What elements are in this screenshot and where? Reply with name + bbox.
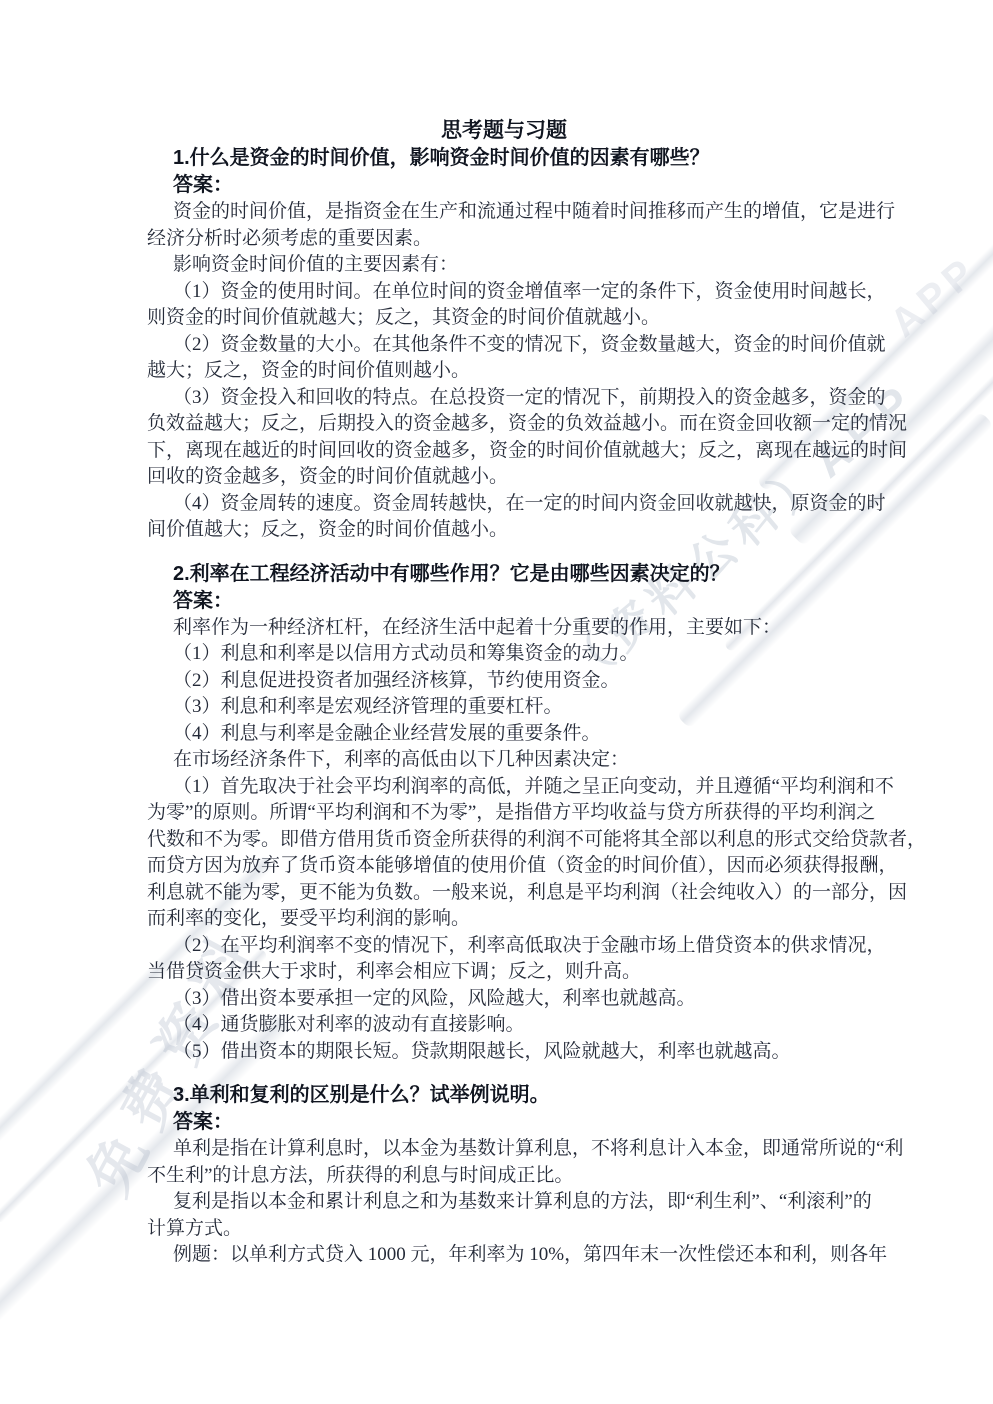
text-line: 单利是指在计算利息时，以本金为基数计算利息，不将利息计入本金，即通常所说的“利	[147, 1136, 861, 1163]
text-line: （1）首先取决于社会平均利润率的高低，并随之呈正向变动，并且遵循“平均利润和不	[147, 774, 861, 801]
text-line: 经济分析时必须考虑的重要因素。	[147, 226, 861, 253]
text-line: 间价值越大；反之，资金的时间价值越小。	[147, 517, 861, 544]
section-gap	[147, 544, 861, 561]
text-line: 回收的资金越多，资金的时间价值就越小。	[147, 464, 861, 491]
document-body: 思考题与习题1.什么是资金的时间价值，影响资金时间价值的因素有哪些？答案：资金的…	[147, 117, 861, 1269]
text-line: （4）利息与利率是金融企业经营发展的重要条件。	[147, 721, 861, 748]
text-line: 利息就不能为零，更不能为负数。一般来说，利息是平均利润（社会纯收入）的一部分，因	[147, 880, 861, 907]
text-line: 越大；反之，资金的时间价值则越小。	[147, 358, 861, 385]
watermark-text-upper-right: APP	[882, 248, 988, 347]
text-line: 影响资金时间价值的主要因素有：	[147, 252, 861, 279]
text-line: （2）在平均利润率不变的情况下，利率高低取决于金融市场上借贷资本的供求情况，	[147, 933, 861, 960]
text-line: （5）借出资本的期限长短。贷款期限越长，风险就越大，利率也就越高。	[147, 1039, 861, 1066]
text-line: （1）利息和利率是以信用方式动员和筹集资金的动力。	[147, 641, 861, 668]
question-heading: 1.什么是资金的时间价值，影响资金时间价值的因素有哪些？	[147, 145, 861, 172]
text-line: 下，离现在越近的时间回收的资金越多，资金的时间价值就越大；反之，离现在越远的时间	[147, 438, 861, 465]
text-line: 在市场经济条件下，利率的高低由以下几种因素决定：	[147, 747, 861, 774]
text-line: （2）利息促进投资者加强经济核算，节约使用资金。	[147, 668, 861, 695]
text-line: 则资金的时间价值就越大；反之，其资金的时间价值就越小。	[147, 305, 861, 332]
text-line: （4）资金周转的速度。资金周转越快，在一定的时间内资金回收就越快，原资金的时	[147, 491, 861, 518]
text-line: （2）资金数量的大小。在其他条件不变的情况下，资金数量越大，资金的时间价值就	[147, 332, 861, 359]
text-line: 资金的时间价值，是指资金在生产和流通过程中随着时间推移而产生的增值，它是进行	[147, 199, 861, 226]
section-gap	[147, 1065, 861, 1082]
text-line: 负效益越大；反之，后期投入的资金越多，资金的负效益越小。而在资金回收额一定的情况	[147, 411, 861, 438]
text-line: （3）利息和利率是宏观经济管理的重要杠杆。	[147, 694, 861, 721]
question-heading: 2.利率在工程经济活动中有哪些作用？它是由哪些因素决定的？	[147, 561, 861, 588]
text-line: 复利是指以本金和累计利息之和为基数来计算利息的方法，即“利生利”、“利滚利”的	[147, 1189, 861, 1216]
text-line: 代数和不为零。即借方借用货币资金所获得的利润不可能将其全部以利息的形式交给贷款者…	[147, 827, 861, 854]
text-line: （3）资金投入和回收的特点。在总投资一定的情况下，前期投入的资金越多，资金的	[147, 385, 861, 412]
answer-label: 答案：	[147, 172, 861, 199]
answer-label: 答案：	[147, 1109, 861, 1136]
text-line: 计算方式。	[147, 1216, 861, 1243]
answer-label: 答案：	[147, 588, 861, 615]
text-line: 例题：以单利方式贷入 1000 元，年利率为 10%，第四年末一次性偿还本和利，…	[147, 1242, 861, 1269]
text-line: （1）资金的使用时间。在单位时间的资金增值率一定的条件下，资金使用时间越长，	[147, 279, 861, 306]
question-heading: 3.单利和复利的区别是什么？试举例说明。	[147, 1082, 861, 1109]
page-title: 思考题与习题	[147, 117, 861, 145]
text-line: 不生利”的计息方法，所获得的利息与时间成正比。	[147, 1163, 861, 1190]
document-page: 免费资料 （资料公科）APP APP 思考题与习题1.什么是资金的时间价值，影响…	[0, 0, 993, 1404]
text-line: （3）借出资本要承担一定的风险，风险越大，利率也就越高。	[147, 986, 861, 1013]
text-line: 为零”的原则。所谓“平均利润和不为零”，是指借方平均收益与贷方所获得的平均利润之	[147, 800, 861, 827]
text-line: 而利率的变化，要受平均利润的影响。	[147, 906, 861, 933]
text-line: 当借贷资金供大于求时，利率会相应下调；反之，则升高。	[147, 959, 861, 986]
text-line: 利率作为一种经济杠杆，在经济生活中起着十分重要的作用，主要如下：	[147, 615, 861, 642]
text-line: （4）通货膨胀对利率的波动有直接影响。	[147, 1012, 861, 1039]
text-line: 而贷方因为放弃了货币资本能够增值的使用价值（资金的时间价值），因而必须获得报酬，	[147, 853, 861, 880]
